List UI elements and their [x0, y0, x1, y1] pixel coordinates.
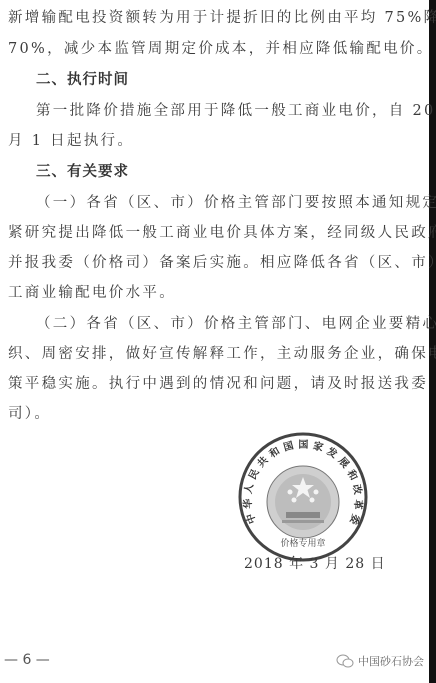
- body-line: 工商业输配电价水平。: [8, 281, 176, 302]
- body-line: 月 1 日起执行。: [8, 129, 134, 150]
- section-heading-execution-time: 二、执行时间: [36, 68, 129, 89]
- body-line: 司）。: [8, 402, 51, 423]
- body-line: 70%，减少本监管周期定价成本，并相应降低输配电价。: [8, 37, 434, 58]
- body-line: 织、周密安排，做好宣传解释工作，主动服务企业，确保电价政: [8, 342, 436, 363]
- wechat-icon: [336, 654, 354, 668]
- watermark-label: 中国砂石协会: [358, 653, 424, 669]
- page-number: — 6 —: [4, 652, 50, 668]
- watermark: 中国砂石协会: [336, 653, 424, 669]
- body-line: 紧研究提出降低一般工商业电价具体方案，经同级人民政府同意: [8, 221, 436, 242]
- official-seal-icon: 中华人民共和国国家发展和改革委员会 价格专用章: [236, 430, 370, 564]
- svg-text:价格专用章: 价格专用章: [280, 537, 325, 549]
- body-line: （一）各省（区、市）价格主管部门要按照本通知规定，抓: [36, 191, 436, 212]
- body-line: （二）各省（区、市）价格主管部门、电网企业要精心组: [36, 312, 436, 333]
- body-line: 第一批降价措施全部用于降低一般工商业电价，自 2018 年 4: [36, 99, 436, 120]
- section-heading-requirements: 三、有关要求: [36, 160, 129, 181]
- document-date: 2018 年 3 月 28 日: [244, 553, 386, 573]
- body-line: 策平稳实施。执行中遇到的情况和问题，请及时报送我委（价格: [8, 372, 436, 393]
- body-line: 并报我委（价格司）备案后实施。相应降低各省（区、市）一般: [8, 251, 436, 272]
- body-line: 新增输配电投资额转为用于计提折旧的比例由平均 75%降至: [8, 6, 436, 27]
